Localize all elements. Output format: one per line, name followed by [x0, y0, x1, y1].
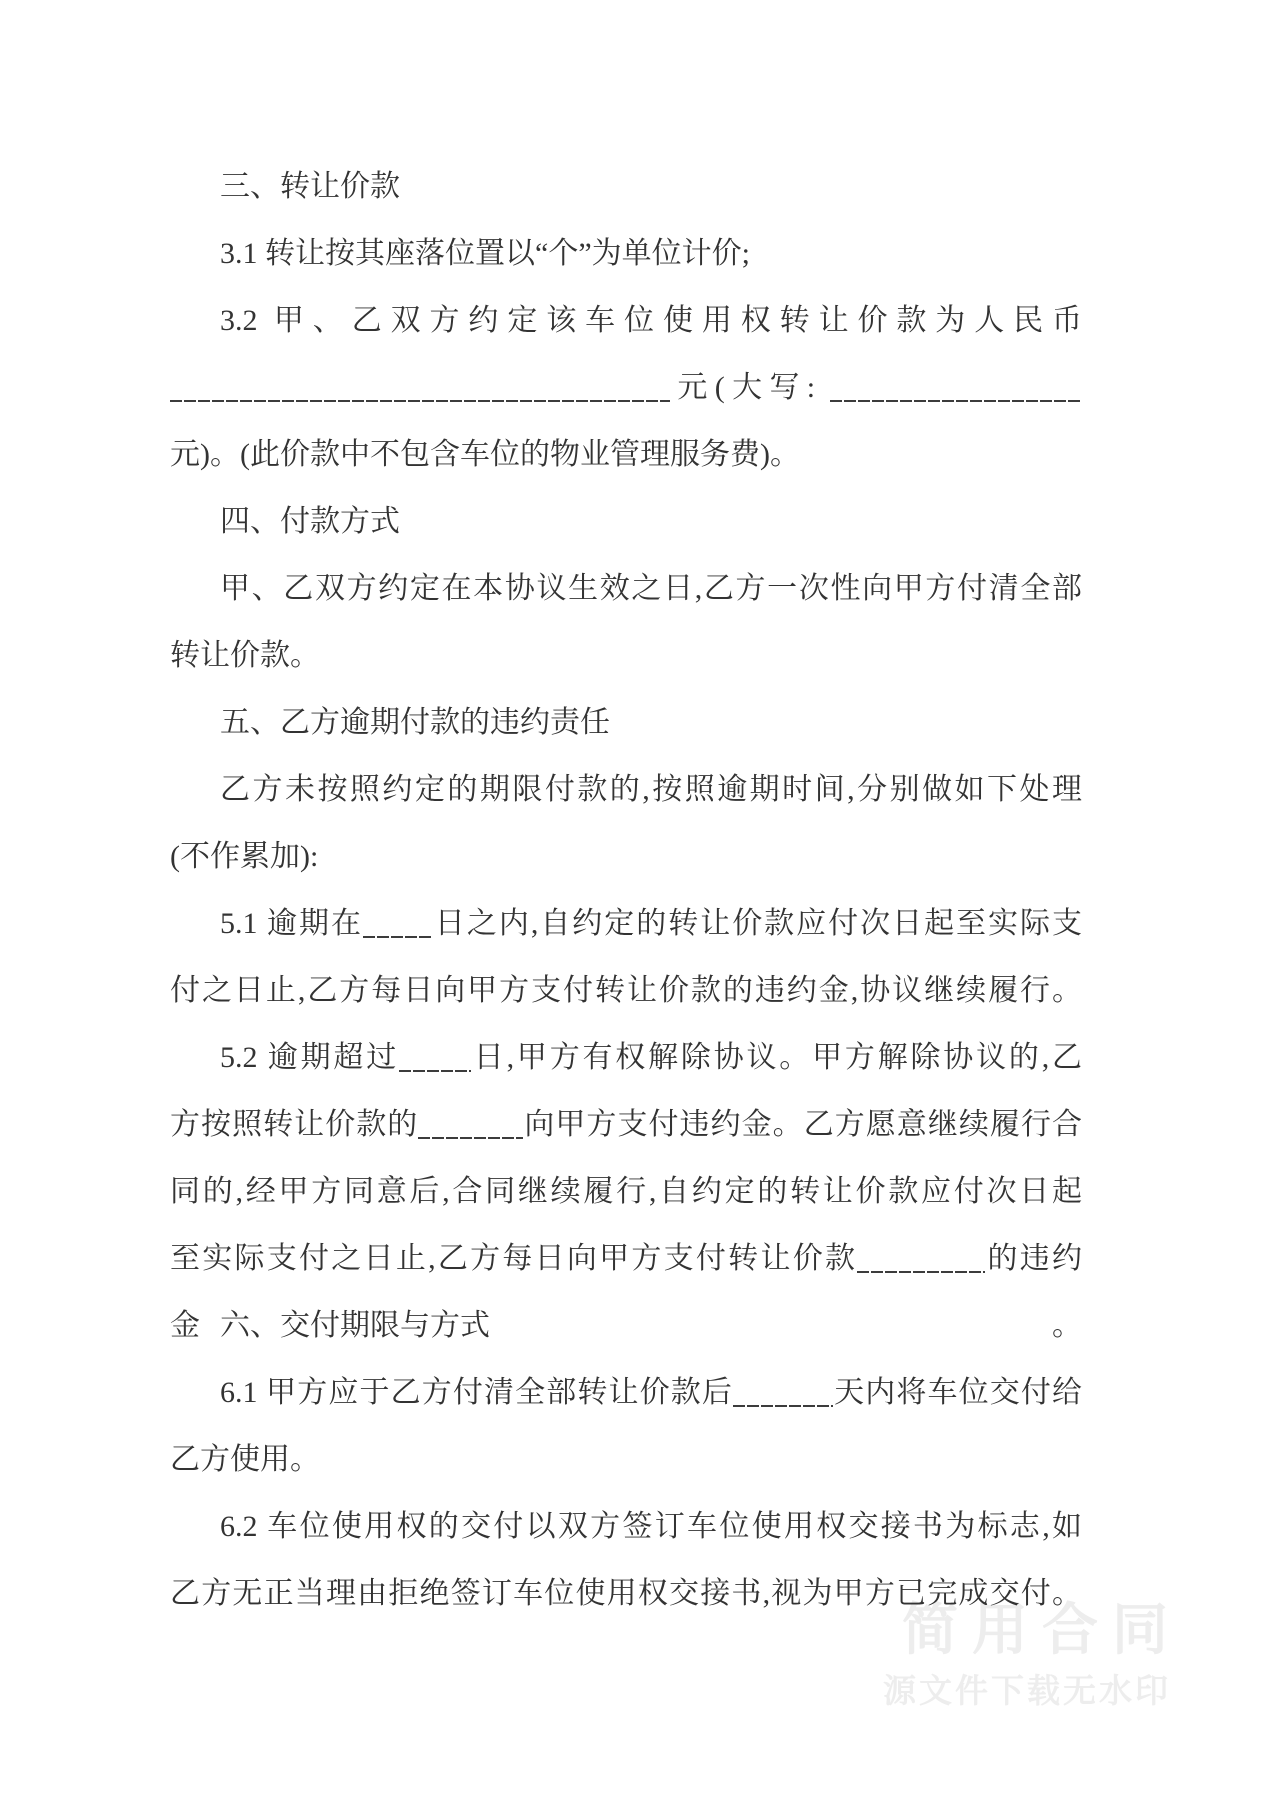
contract-document-page: 三、转让价款3.1 转让按其座落位置以“个”为单位计价;3.2 甲、乙双方约定该… [0, 0, 1280, 1810]
text-segment: 日之内,自约定的转让价款应付次日起至实际支 [433, 907, 1082, 940]
blank-fill-field [418, 1109, 523, 1139]
text-line: 同的,经甲方同意后,合同继续履行,自约定的转让价款应付次日起 [170, 1158, 1082, 1225]
text-line: 5.1 逾期在日之内,自约定的转让价款应付次日起至实际支 [170, 890, 1082, 957]
text-segment: 乙方无正当理由拒绝签订车位使用权交接书,视为甲方已完成交付。 [170, 1577, 1082, 1610]
blank-fill-field [857, 1243, 985, 1273]
blank-fill-field [399, 1042, 471, 1072]
text-segment: 四、付款方式 [220, 505, 400, 538]
text-line: 乙方使用。 [170, 1426, 1082, 1493]
text-segment: 五、乙方逾期付款的违约责任 [220, 706, 610, 739]
text-line: 至实际支付之日止,乙方每日向甲方支付转让价款的违约金。 [170, 1225, 1082, 1292]
text-segment: 六、交付期限与方式 [220, 1309, 490, 1342]
text-line: 元)。(此价款中不包含车位的物业管理服务费)。 [170, 421, 1082, 488]
text-line: 五、乙方逾期付款的违约责任 [170, 689, 1082, 756]
blank-fill-field [363, 908, 433, 938]
text-segment: 5.1 逾期在 [220, 907, 363, 940]
text-segment: 乙方未按照约定的期限付款的,按照逾期时间,分别做如下处理 [220, 773, 1082, 806]
text-segment: 乙方使用。 [170, 1443, 320, 1476]
blank-fill-field [733, 1377, 833, 1407]
text-line: 甲、乙双方约定在本协议生效之日,乙方一次性向甲方付清全部 [170, 555, 1082, 622]
text-segment: 6.1 甲方应于乙方付清全部转让价款后 [220, 1376, 733, 1409]
blank-fill-field [830, 372, 1082, 402]
text-segment: 至实际支付之日止,乙方每日向甲方支付转让价款 [170, 1242, 857, 1275]
document-body: 三、转让价款3.1 转让按其座落位置以“个”为单位计价;3.2 甲、乙双方约定该… [170, 153, 1082, 1627]
text-segment: 3.2 甲、乙双方约定该车位使用权转让价款为人民币 [220, 304, 1082, 337]
text-segment: 5.2 逾期超过 [220, 1041, 399, 1074]
text-line: 方按照转让价款的向甲方支付违约金。乙方愿意继续履行合 [170, 1091, 1082, 1158]
blank-fill-field [170, 372, 670, 402]
text-segment: 转让价款。 [170, 639, 320, 672]
text-line: 付之日止,乙方每日向甲方支付转让价款的违约金,协议继续履行。 [170, 957, 1082, 1024]
text-segment: 甲、乙双方约定在本协议生效之日,乙方一次性向甲方付清全部 [220, 572, 1082, 605]
text-segment: 日,甲方有权解除协议。甲方解除协议的,乙 [471, 1041, 1082, 1074]
text-segment: 3.1 转让按其座落位置以“个”为单位计价; [220, 237, 750, 270]
text-segment: 付之日止,乙方每日向甲方支付转让价款的违约金,协议继续履行。 [170, 974, 1082, 1007]
text-line: 元(大写: [170, 354, 1082, 421]
text-line: 乙方无正当理由拒绝签订车位使用权交接书,视为甲方已完成交付。 [170, 1560, 1082, 1627]
text-line: 四、付款方式 [170, 488, 1082, 555]
text-segment: 元)。(此价款中不包含车位的物业管理服务费)。 [170, 438, 800, 471]
text-line: 乙方未按照约定的期限付款的,按照逾期时间,分别做如下处理 [170, 756, 1082, 823]
text-line: 6.2 车位使用权的交付以双方签订车位使用权交接书为标志,如 [170, 1493, 1082, 1560]
text-line: (不作累加): [170, 823, 1082, 890]
text-line: 3.1 转让按其座落位置以“个”为单位计价; [170, 220, 1082, 287]
text-segment: 方按照转让价款的 [170, 1108, 418, 1141]
text-segment: 天内将车位交付给 [833, 1376, 1082, 1409]
text-line: 5.2 逾期超过日,甲方有权解除协议。甲方解除协议的,乙 [170, 1024, 1082, 1091]
text-segment: 6.2 车位使用权的交付以双方签订车位使用权交接书为标志,如 [220, 1510, 1082, 1543]
text-line: 转让价款。 [170, 622, 1082, 689]
watermark-subtitle-text: 源文件下载无水印 [883, 1674, 1171, 1707]
text-line: 三、转让价款 [170, 153, 1082, 220]
text-line: 3.2 甲、乙双方约定该车位使用权转让价款为人民币 [170, 287, 1082, 354]
text-line: 6.1 甲方应于乙方付清全部转让价款后天内将车位交付给 [170, 1359, 1082, 1426]
text-segment: 元(大写: [670, 371, 830, 404]
text-segment: 向甲方支付违约金。乙方愿意继续履行合 [523, 1108, 1082, 1141]
text-segment: 同的,经甲方同意后,合同继续履行,自约定的转让价款应付次日起 [170, 1175, 1082, 1208]
text-segment: 三、转让价款 [220, 170, 400, 203]
text-segment: (不作累加): [170, 840, 318, 873]
